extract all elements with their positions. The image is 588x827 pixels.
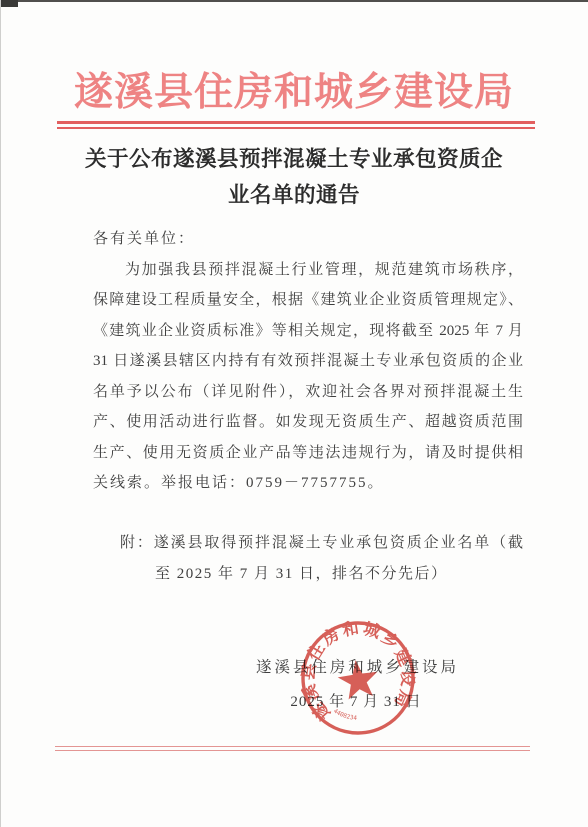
notice-title-line: 关于公布遂溪县预拌混凝土专业承包资质企: [79, 141, 509, 177]
letterhead-agency-name: 遂溪县住房和城乡建设局: [20, 63, 568, 123]
document-page: 遂溪县住房和城乡建设局 关于公布遂溪县预拌混凝土专业承包资质企 业名单的通告 各…: [0, 0, 588, 827]
footer-double-rule: [55, 746, 530, 751]
scan-edge-top: [0, 0, 588, 2]
attachment-line: 附：遂溪县取得预拌混凝土专业承包资质企业名单（截: [120, 528, 523, 559]
official-seal: 遂溪县住房和城乡建设局 4408234: [281, 601, 435, 755]
body-line: 31 日遂溪县辖区内持有有效预拌混凝土专业承包资质的企业: [93, 346, 523, 377]
notice-body: 各有关单位： 为加强我县预拌混凝土行业管理，规范建筑市场秩序， 保障建设工程质量…: [93, 224, 523, 499]
body-line: 产、使用活动进行监督。如发现无资质生产、超越资质范围: [93, 407, 523, 438]
letterhead-double-rule: [57, 121, 535, 129]
body-line: 生产、使用无资质企业产品等违法违规行为，请及时提供相: [93, 438, 523, 469]
notice-title-line: 业名单的通告: [79, 177, 509, 213]
body-line: 名单予以公布（详见附件），欢迎社会各界对预拌混凝土生: [93, 377, 523, 408]
body-line: 为加强我县预拌混凝土行业管理，规范建筑市场秩序，: [93, 255, 523, 286]
svg-text:4408234: 4408234: [331, 705, 358, 725]
body-line: 各有关单位：: [93, 224, 523, 255]
scan-edge-corner: [0, 0, 18, 7]
scan-edge-left: [0, 0, 1, 827]
body-line: 《建筑业企业资质标准》等相关规定，现将截至 2025 年 7 月: [93, 316, 523, 347]
body-line: 关线索。举报电话：0759－7757755。: [93, 468, 523, 499]
seal-star-icon: [336, 657, 381, 700]
attachment-note: 附：遂溪县取得预拌混凝土专业承包资质企业名单（截 至 2025 年 7 月 31…: [93, 528, 523, 590]
notice-title: 关于公布遂溪县预拌混凝土专业承包资质企 业名单的通告: [79, 141, 509, 213]
attachment-line: 至 2025 年 7 月 31 日，排名不分先后）: [155, 559, 523, 590]
body-line: 保障建设工程质量安全，根据《建筑业企业资质管理规定》、: [93, 285, 523, 316]
seal-code: 4408234: [331, 705, 358, 725]
